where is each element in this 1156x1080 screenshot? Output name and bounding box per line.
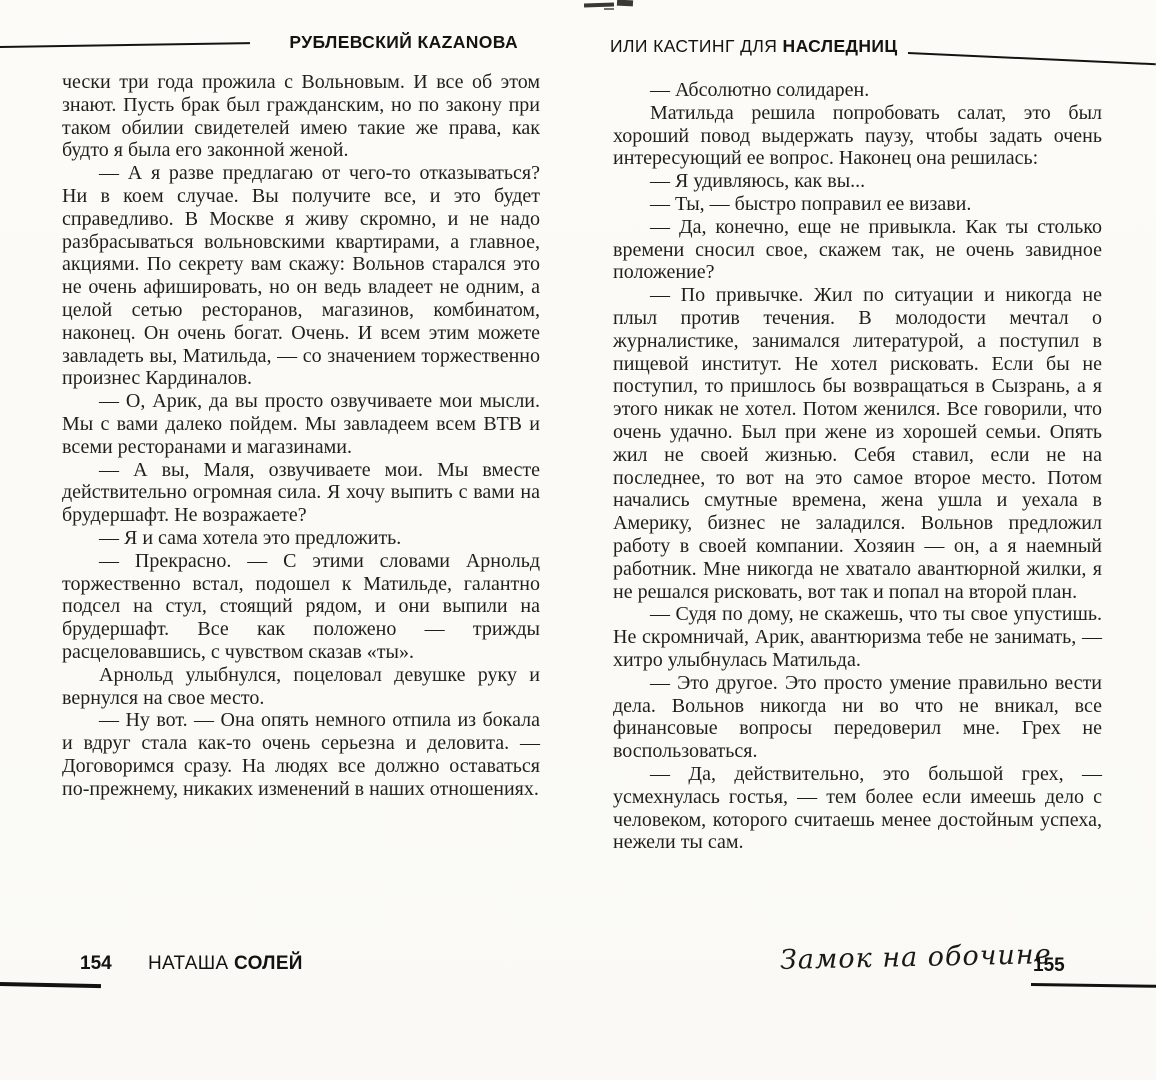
header-rule-right	[908, 52, 1156, 65]
paragraph: — Судя по дому, не скажешь, что ты свое …	[613, 603, 1102, 671]
running-head-left: РУБЛЕВСКИЙ КАZАNОВА	[256, 32, 518, 53]
paragraph: — Я удивляюсь, как вы...	[613, 170, 1102, 193]
paragraph: чески три года прожила с Вольновым. И вс…	[62, 71, 540, 162]
running-head-right-regular: ИЛИ КАСТИНГ ДЛЯ	[610, 36, 783, 56]
paragraph: — По привычке. Жил по ситуации и никогда…	[613, 284, 1102, 603]
paragraph: — А я разве предлагаю от чего-то отказыв…	[62, 162, 540, 390]
footer-author: НАТАША СОЛЕЙ	[148, 953, 303, 975]
paragraph: — Да, действительно, это большой грех, —…	[613, 763, 1102, 854]
paragraph: — Да, конечно, еще не привыкла. Как ты с…	[613, 216, 1102, 284]
paragraph: — Прекрасно. — С этими словами Арнольд т…	[62, 550, 540, 664]
left-page-text: чески три года прожила с Вольновым. И вс…	[62, 71, 540, 801]
paragraph: — Ну вот. — Она опять немного отпила из …	[62, 709, 540, 800]
footer-author-first: НАТАША	[148, 953, 234, 974]
spine-mark	[584, 2, 614, 7]
page-number-left: 154	[80, 953, 112, 975]
paragraph: — Абсолютно солидарен.	[613, 79, 1102, 102]
paragraph: Арнольд улыбнулся, поцеловал девушке рук…	[62, 664, 540, 710]
spine-mark	[617, 0, 633, 6]
paragraph: — Ты, — быстро поправил ее визави.	[613, 193, 1102, 216]
spine-mark	[604, 8, 614, 10]
paragraph: — А вы, Маля, озвучиваете мои. Мы вместе…	[62, 459, 540, 527]
header-rule-left	[0, 42, 250, 48]
paragraph: — О, Арик, да вы просто озвучиваете мои …	[62, 390, 540, 458]
footer-book-title: Замок на обочине	[780, 939, 1052, 976]
footer-rule-left	[0, 982, 101, 988]
paragraph: Матильда решила попробовать салат, это б…	[613, 102, 1102, 170]
right-page-text: — Абсолютно солидарен. Матильда решила п…	[613, 79, 1102, 854]
footer-author-last: СОЛЕЙ	[234, 953, 303, 974]
running-head-right: ИЛИ КАСТИНГ ДЛЯ НАСЛЕДНИЦ	[610, 36, 898, 57]
book-spread: РУБЛЕВСКИЙ КАZАNОВА ИЛИ КАСТИНГ ДЛЯ НАСЛ…	[0, 0, 1156, 1080]
paragraph: — Это другое. Это просто умение правильн…	[613, 672, 1102, 763]
paragraph: — Я и сама хотела это предложить.	[62, 527, 540, 550]
page-number-right: 155	[1033, 955, 1065, 977]
running-head-right-bold: НАСЛЕДНИЦ	[783, 36, 898, 56]
footer-rule-right	[1031, 983, 1156, 988]
